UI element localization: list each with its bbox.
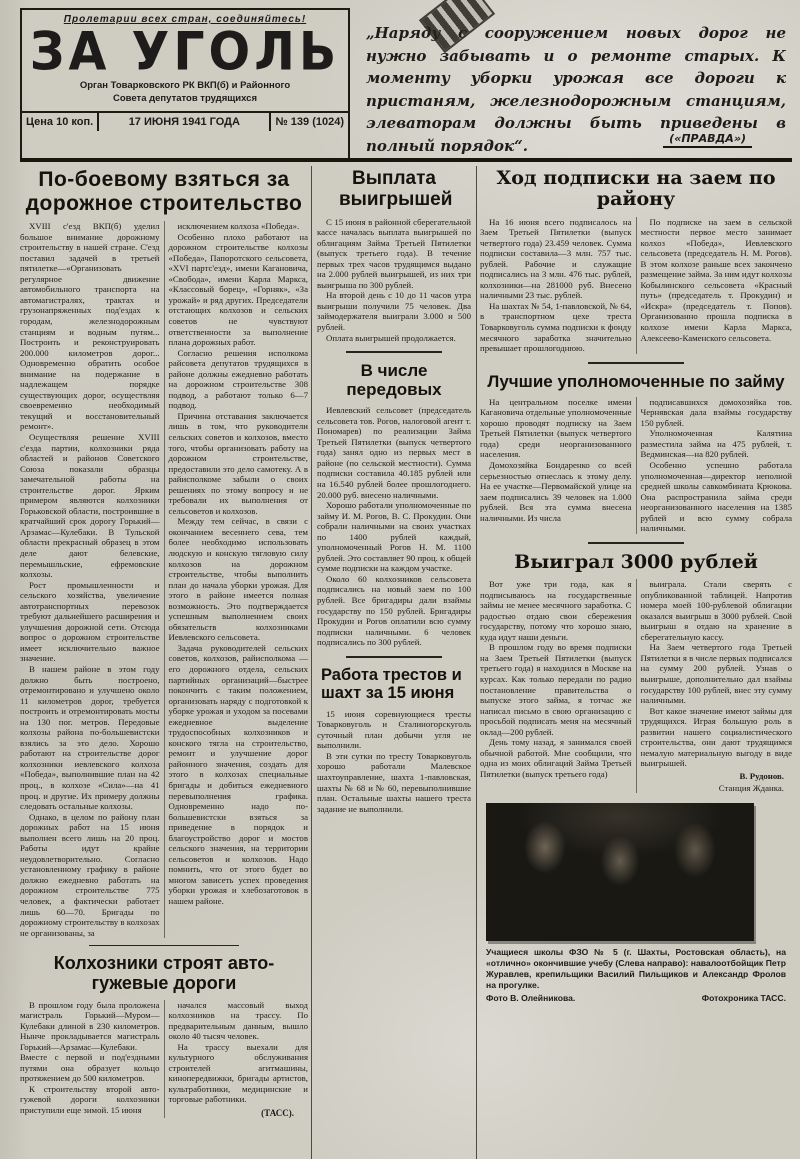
section-separator [588,362,684,364]
article-subcolumn: На центральном поселке имени Кагановича … [480,397,632,534]
article-headline: Ход подписки на заем по району [480,168,792,211]
paragraph: В нашем районе в этом году должно быть п… [20,664,160,812]
subcolumn-divider [164,221,165,938]
author-location: Станция Жданка. [641,783,793,793]
paragraph: Хорошо работали уполномоченные по займу … [317,500,471,574]
article-leaders: В числе передовых Иевлевский сельсовет (… [317,361,471,648]
article-payouts: Выплата выигрышей С 15 июня в районной с… [317,168,471,343]
paragraph: Уполномоченная Калятина разместила займа… [641,428,793,460]
paragraph: Около 60 колхозников сельсовета подписал… [317,574,471,648]
paragraph: Согласно решения исполкома райсовета деп… [169,348,309,411]
photo-credit-agency: Фотохроника ТАСС. [702,993,786,1003]
article-body: С 15 июня в районной сберегательной касс… [317,217,471,344]
photo-credits: Фото В. Олейникова. Фотохроника ТАСС. [480,992,792,1003]
column-middle: Выплата выигрышей С 15 июня в районной с… [315,166,473,1159]
article-headline: Работа трестов и шахт за 15 июня [317,666,471,703]
paragraph: На трассу выехали для культурного обслуж… [169,1042,309,1105]
paragraph: По подписке на заем в сельской местности… [641,217,793,344]
newspaper-page: Пролетарии всех стран, соединяйтесь! ЗА … [0,0,800,1159]
newspaper-title: ЗА УГОЛЬ [28,25,342,78]
issue-date: 17 ИЮНЯ 1941 ГОДА [99,113,269,131]
quote-source: («ПРАВДА») [663,132,752,148]
paragraph: Задача руководителей сельских советов, к… [169,643,309,907]
header: Пролетарии всех стран, соединяйтесь! ЗА … [20,8,792,162]
price-label: Цена 10 коп. [22,113,99,131]
paragraph: Домохозяйка Бондаренко со всей серьезнос… [480,460,632,523]
paragraph: В прошлом году была проложена магистраль… [20,1000,160,1084]
article-headline: Лучшие уполномоченные по займу [480,372,792,391]
article-subcolumn: выиграла. Стали сверять с опубликованной… [641,579,793,793]
article-subcolumn: На 16 июня всего подписалось на Заем Тре… [480,217,632,354]
article-subcolumn: В прошлом году была проложена магистраль… [20,1000,160,1118]
article-highways: Колхозники строят авто-гужевые дороги В … [20,953,308,1118]
paragraph: Осуществляя решение XVIII с'езда партии,… [20,432,160,580]
article-best-agents: Лучшие уполномоченные по займу На центра… [480,372,792,534]
subcolumn-divider [636,579,637,793]
article-subcolumn: Вот уже три года, как я подписываюсь на … [480,579,632,793]
photo-caption: Учащиеся школы ФЗО № 5 (г. Шахты, Ростов… [480,947,792,992]
paragraph: На центральном поселке имени Кагановича … [480,397,632,460]
photo-credit-author: Фото В. Олейникова. [486,993,575,1003]
section-separator [346,351,442,353]
paragraph-group: начался массовый выход колхозников на тр… [169,1000,309,1105]
paragraph: XVIII с'езд ВКП(б) уделил большое вниман… [20,221,160,432]
paragraph: Рост промышленности и сельского хозяйств… [20,580,160,664]
photo [486,803,754,941]
article-subcolumn: начался массовый выход колхозников на тр… [169,1000,309,1118]
paragraph: Оплата выигрышей продолжается. [317,333,471,344]
section-separator [89,945,239,946]
paragraph: На второй день с 10 до 11 часов утра выи… [317,290,471,332]
column-divider [476,166,477,1159]
article-subscription: Ход подписки на заем по району На 16 июн… [480,168,792,354]
paragraph: Вот уже три года, как я подписываюсь на … [480,579,632,642]
article-body: XVIII с'езд ВКП(б) уделил большое вниман… [20,221,308,938]
masthead-infobar: Цена 10 коп. 17 ИЮНЯ 1941 ГОДА № 139 (10… [22,111,348,131]
section-separator [346,656,442,658]
paragraph: На шахтах № 54, 1-павловской, № 64, в тр… [480,301,632,354]
article-body: В прошлом году была проложена магистраль… [20,1000,308,1118]
paragraph: День тому назад, я занимался своей обычн… [480,737,632,779]
article-headline: По-боевому взяться за дорожное строитель… [20,168,308,215]
subcolumn-divider [636,397,637,534]
article-body: На 16 июня всего подписалось на Заем Тре… [480,217,792,354]
column-right: Ход подписки на заем по району На 16 июн… [480,166,792,1159]
paragraph: выиграла. Стали сверять с опубликованной… [641,579,793,642]
article-body: На центральном поселке имени Кагановича … [480,397,792,534]
author-signature: В. Рудонов. [641,771,793,781]
paragraph: К строительству второй авто-гужевой доро… [20,1084,160,1116]
paragraph: На Заем четвертого года Третьей Пятилетк… [641,642,793,705]
article-headline: В числе передовых [317,361,471,399]
paragraph: Однако, в целом по району план дорожных … [20,812,160,939]
article-headline: Колхозники строят авто-гужевые дороги [20,953,308,993]
paragraph: Иевлевский сельсовет (председатель сельс… [317,405,471,500]
paragraph-group: выиграла. Стали сверять с опубликованной… [641,579,793,769]
article-headline: Выплата выигрышей [317,168,471,211]
article-trusts: Работа трестов и шахт за 15 июня 15 июня… [317,666,471,814]
paragraph: В эти сутки по тресту Товарковуголь хоро… [317,751,471,814]
article-subcolumn: подписавшихся домохозяйка тов. Чернявска… [641,397,793,534]
article-road-construction: По-боевому взяться за дорожное строитель… [20,168,308,938]
paragraph: Причина отставания заключается лишь в то… [169,411,309,516]
paragraph: На 16 июня всего подписалось на Заем Тре… [480,217,632,301]
masthead: Пролетарии всех стран, соединяйтесь! ЗА … [20,8,350,158]
column-divider [311,166,312,1159]
paragraph: Особенно успешно работала уполномоченная… [641,460,793,534]
article-won-3000: Выиграл 3000 рублей Вот уже три года, ка… [480,552,792,793]
masthead-subtitle: Орган Товарковского РК ВКП(б) и Районног… [28,80,342,106]
paragraph: 15 июня соревнующиеся тресты Товарковуго… [317,709,471,751]
paragraph: Особенно плохо работают на дорожном стро… [169,232,309,348]
subtitle-line-2: Совета депутатов трудящихся [28,93,342,106]
subcolumn-divider [636,217,637,354]
paragraph: исключением колхоза «Победа». [169,221,309,232]
paragraph: В прошлом году во время подписки на Заем… [480,642,632,737]
article-body: Иевлевский сельсовет (председатель сельс… [317,405,471,648]
paragraph: подписавшихся домохозяйка тов. Чернявска… [641,397,793,429]
article-subcolumn: По подписке на заем в сельской местности… [641,217,793,354]
article-headline: Выиграл 3000 рублей [480,552,792,573]
article-subcolumn: XVIII с'езд ВКП(б) уделил большое вниман… [20,221,160,938]
subcolumn-divider [164,1000,165,1118]
article-subcolumn: исключением колхоза «Победа».Особенно пл… [169,221,309,938]
pravda-quote-box: „Наряду с сооружением новых дорог не нуж… [350,8,792,158]
body-columns: По-боевому взяться за дорожное строитель… [20,166,792,1159]
paragraph: Вот какое значение имеют займы для трудя… [641,706,793,769]
paragraph: С 15 июня в районной сберегательной касс… [317,217,471,291]
column-left: По-боевому взяться за дорожное строитель… [20,166,308,1159]
article-body: Вот уже три года, как я подписываюсь на … [480,579,792,793]
section-separator [588,542,684,544]
issue-number: № 139 (1024) [269,113,348,131]
paragraph: Между тем сейчас, в связи с окончанием в… [169,516,309,643]
article-body: 15 июня соревнующиеся тресты Товарковуго… [317,709,471,814]
article-signature: (ТАСС). [169,1108,309,1118]
paragraph: начался массовый выход колхозников на тр… [169,1000,309,1042]
